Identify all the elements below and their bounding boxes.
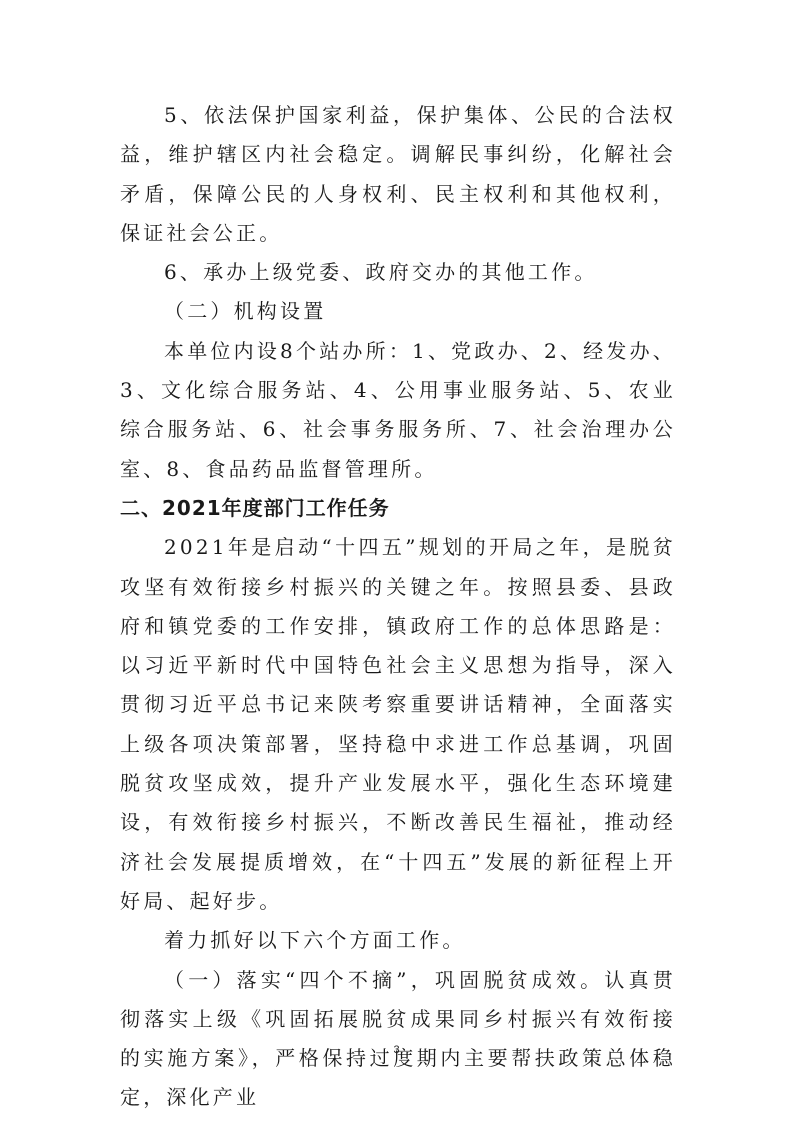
paragraph-item-5: 5、依法保护国家利益，保护集体、公民的合法权益，维护辖区内社会稳定。调解民事纠纷… [120,96,676,253]
paragraph-overview-2021: 2021年是启动“十四五”规划的开局之年，是脱贫攻坚有效衔接乡村振兴的关键之年。… [120,528,676,921]
subheading-organization: （二）机构设置 [120,292,676,331]
paragraph-task-one: （一）落实“四个不摘”，巩固脱贫成效。认真贯彻落实上级《巩固拓展脱贫成果同乡村振… [120,961,676,1118]
paragraph-six-aspects: 着力抓好以下六个方面工作。 [120,921,676,960]
document-body: 5、依法保护国家利益，保护集体、公民的合法权益，维护辖区内社会稳定。调解民事纠纷… [120,96,676,1118]
paragraph-organization: 本单位内设8个站办所：1、党政办、2、经发办、3、文化综合服务站、4、公用事业服… [120,332,676,489]
section-heading-2021-tasks: 二、2021年度部门工作任务 [120,489,676,528]
paragraph-item-6: 6、承办上级党委、政府交办的其他工作。 [120,253,676,292]
page-number: 3 [0,1044,793,1056]
document-page: 5、依法保护国家利益，保护集体、公民的合法权益，维护辖区内社会稳定。调解民事纠纷… [0,0,793,1122]
